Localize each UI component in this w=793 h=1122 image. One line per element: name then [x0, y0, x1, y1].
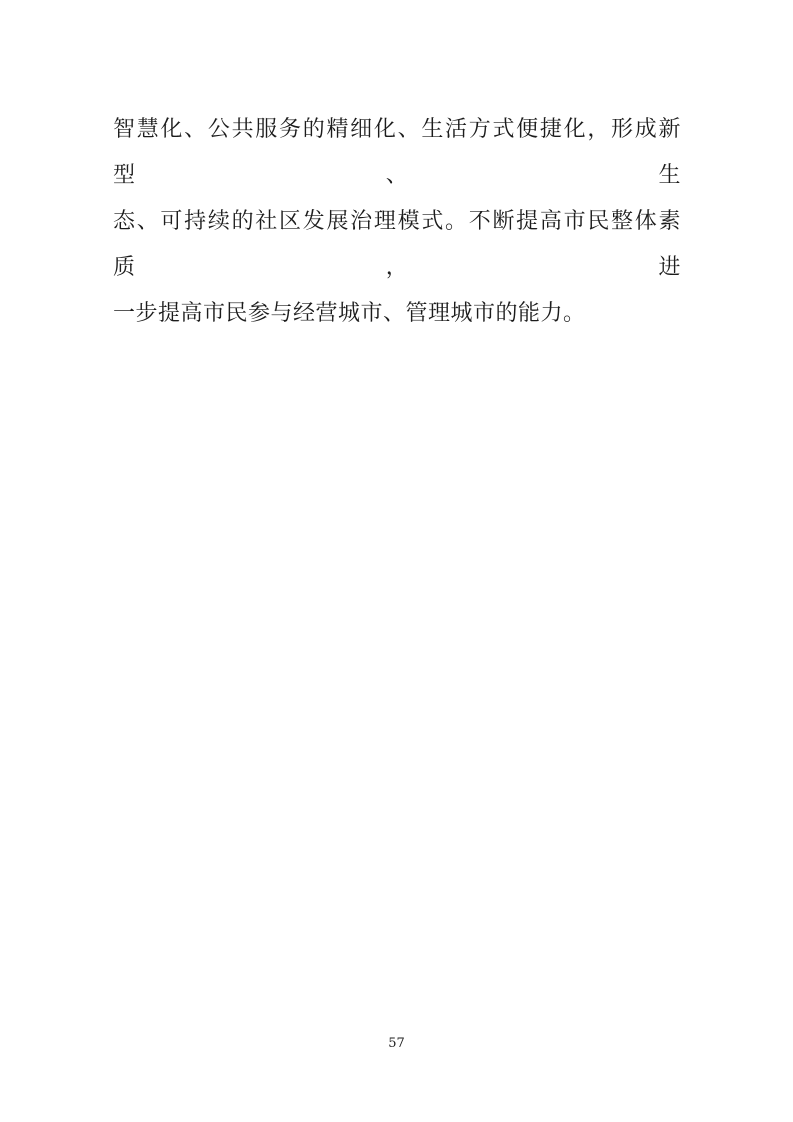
paragraph-line-1: 智慧化、公共服务的精细化、生活方式便捷化，形成新型、生 — [113, 107, 681, 199]
document-page: 智慧化、公共服务的精细化、生活方式便捷化，形成新型、生 态、可持续的社区发展治理… — [0, 0, 793, 1122]
paragraph-line-3: 一步提高市民参与经营城市、管理城市的能力。 — [113, 291, 681, 337]
paragraph-line-2: 态、可持续的社区发展治理模式。不断提高市民整体素质，进 — [113, 199, 681, 291]
page-number: 57 — [0, 1036, 793, 1051]
body-paragraph: 智慧化、公共服务的精细化、生活方式便捷化，形成新型、生 态、可持续的社区发展治理… — [113, 107, 681, 337]
